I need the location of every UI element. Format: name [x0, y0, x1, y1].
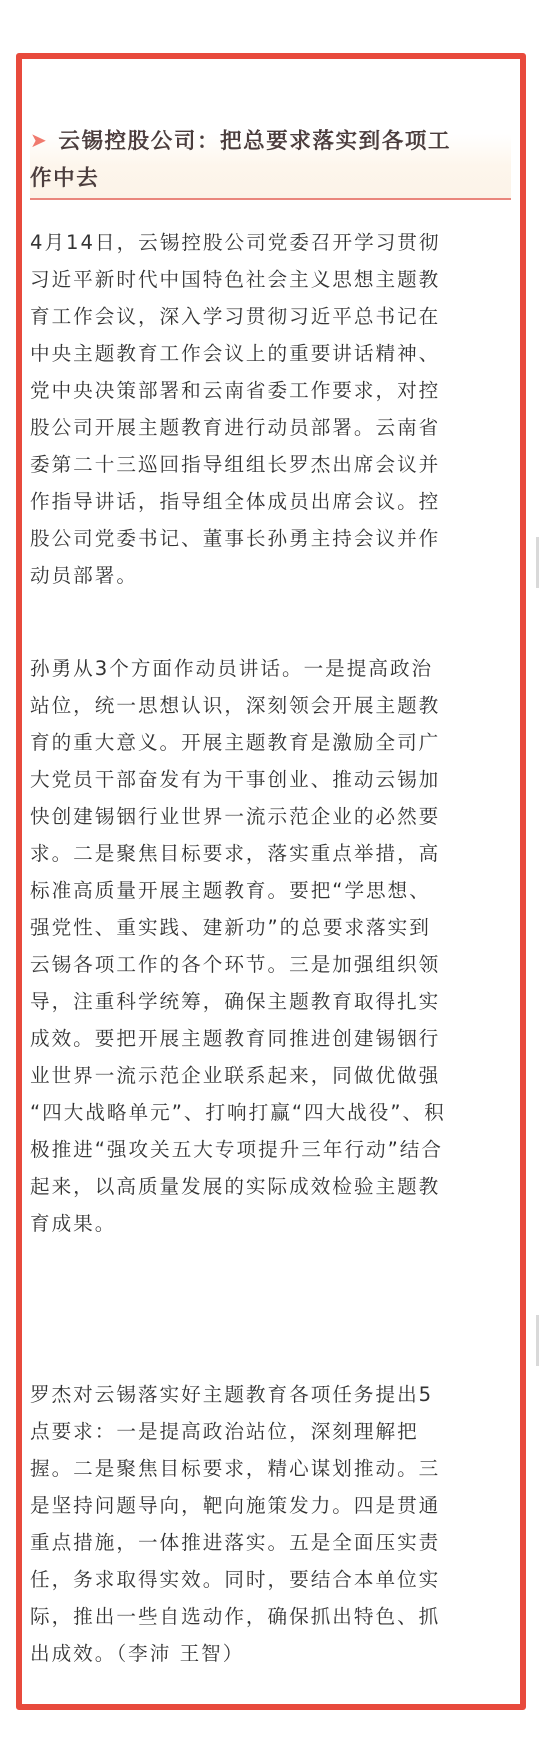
text-line: 育成果。 — [30, 1205, 512, 1242]
text-line: 快创建锡铟行业世界一流示范企业的必然要 — [30, 798, 512, 835]
text-line: 是坚持问题导向，靶向施策发力。四是贯通 — [30, 1487, 512, 1524]
text-line: 业世界一流示范企业联系起来，同做优做强 — [30, 1057, 512, 1094]
heading-line: ➤云锡控股公司：把总要求落实到各项工 — [30, 122, 451, 160]
paragraph-meeting-overview: 4月14日，云锡控股公司党委召开学习贯彻 习近平新时代中国特色社会主义思想主题教… — [30, 224, 512, 594]
text-line: 导，注重科学统筹，确保主题教育取得扎实 — [30, 983, 512, 1020]
text-line: 握。二是聚焦目标要求，精心谋划推动。三 — [30, 1450, 512, 1487]
paragraph-sun-yong-speech: 孙勇从3个方面作动员讲话。一是提高政治 站位，统一思想认识，深刻领会开展主题教 … — [30, 650, 512, 1242]
text-line: 孙勇从3个方面作动员讲话。一是提高政治 — [30, 650, 512, 687]
text-line: 际，推出一些自选动作，确保抓出特色、抓 — [30, 1598, 512, 1635]
text-line: 中央主题教育工作会议上的重要讲话精神、 — [30, 335, 512, 372]
text-line: 标准高质量开展主题教育。要把“学思想、 — [30, 872, 512, 909]
section-heading: ➤云锡控股公司：把总要求落实到各项工 作中去 — [30, 118, 511, 200]
text-line: 4月14日，云锡控股公司党委召开学习贯彻 — [30, 224, 512, 261]
heading-line: 作中去 — [30, 160, 99, 198]
text-line: 任，务求取得实效。同时，要结合本单位实 — [30, 1561, 512, 1598]
text-line: 重点措施，一体推进落实。五是全面压实责 — [30, 1524, 512, 1561]
text-line: 求。二是聚焦目标要求，落实重点举措，高 — [30, 835, 512, 872]
text-line: 育的重大意义。开展主题教育是激励全司广 — [30, 724, 512, 761]
text-line: 动员部署。 — [30, 557, 512, 594]
text-line: 股公司党委书记、董事长孙勇主持会议并作 — [30, 520, 512, 557]
text-line: “四大战略单元”、打响打赢“四大战役”、积 — [30, 1094, 512, 1131]
text-line: 站位，统一思想认识，深刻领会开展主题教 — [30, 687, 512, 724]
text-line: 习近平新时代中国特色社会主义思想主题教 — [30, 261, 512, 298]
text-line: 云锡各项工作的各个环节。三是加强组织领 — [30, 946, 512, 983]
scroll-indicator — [536, 537, 539, 588]
text-line: 出成效。（李沛 王智） — [30, 1635, 512, 1672]
text-line: 极推进“强攻关五大专项提升三年行动”结合 — [30, 1131, 512, 1168]
text-line: 起来，以高质量发展的实际成效检验主题教 — [30, 1168, 512, 1205]
text-line: 委第二十三巡回指导组组长罗杰出席会议并 — [30, 446, 512, 483]
text-line: 作指导讲话，指导组全体成员出席会议。控 — [30, 483, 512, 520]
text-line: 大党员干部奋发有为干事创业、推动云锡加 — [30, 761, 512, 798]
heading-text: 云锡控股公司：把总要求落实到各项工 — [58, 129, 451, 154]
text-line: 强党性、重实践、建新功”的总要求落实到 — [30, 909, 512, 946]
text-line: 点要求：一是提高政治站位，深刻理解把 — [30, 1413, 512, 1450]
text-line: 股公司开展主题教育进行动员部署。云南省 — [30, 409, 512, 446]
text-line: 成效。要把开展主题教育同推进创建锡铟行 — [30, 1020, 512, 1057]
scroll-indicator — [536, 1315, 539, 1366]
text-line: 罗杰对云锡落实好主题教育各项任务提出5 — [30, 1376, 512, 1413]
text-line: 党中央决策部署和云南省委工作要求，对控 — [30, 372, 512, 409]
arrow-right-icon: ➤ — [30, 121, 48, 159]
text-line: 育工作会议，深入学习贯彻习近平总书记在 — [30, 298, 512, 335]
paragraph-luo-jie-requirements: 罗杰对云锡落实好主题教育各项任务提出5 点要求：一是提高政治站位，深刻理解把 握… — [30, 1376, 512, 1672]
